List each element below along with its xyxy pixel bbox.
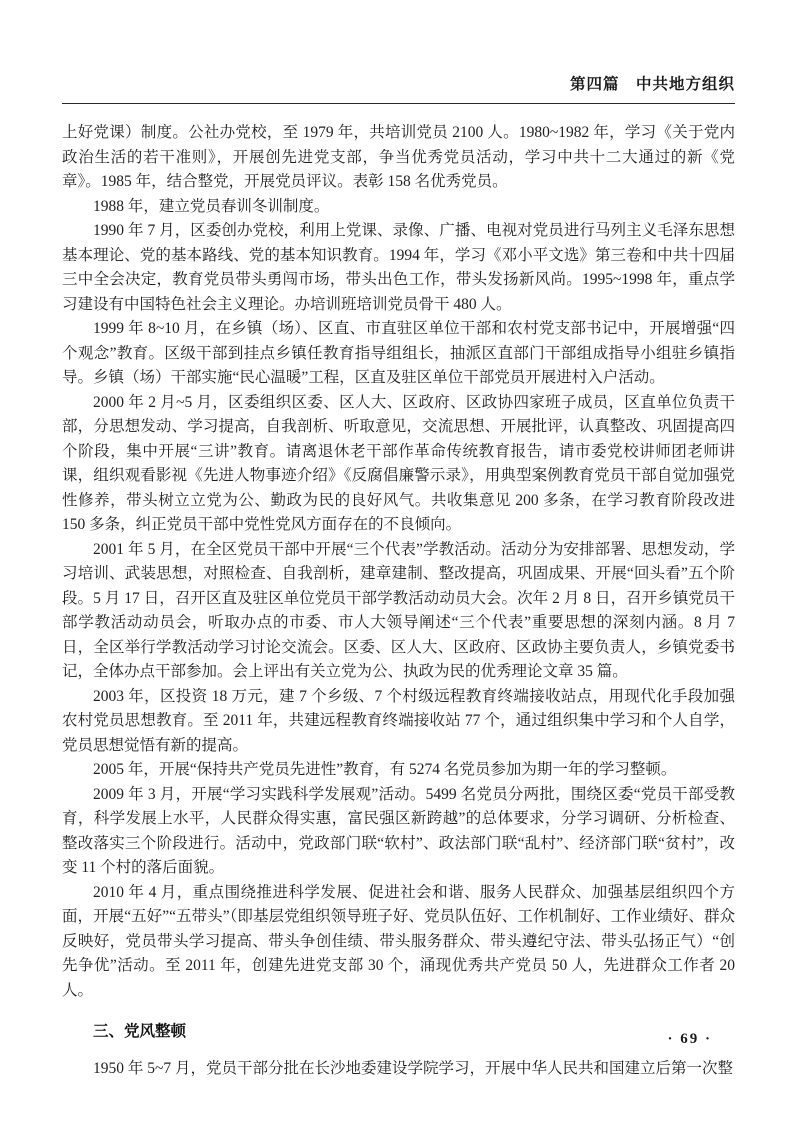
running-header-section: 第四篇 <box>570 76 620 93</box>
paragraph: 2001 年 5 月，在全区党员干部中开展“三个代表”学教活动。活动分为安排部署… <box>62 538 735 685</box>
paragraph: 2005 年，开展“保持共产党员先进性”教育，有 5274 名党员参加为期一年的… <box>62 758 735 783</box>
book-page: 第四篇 中共地方组织 上好党课）制度。公社办党校，至 1979 年，共培训党员 … <box>0 0 793 1122</box>
page-body: 上好党课）制度。公社办党校，至 1979 年，共培训党员 2100 人。1980… <box>62 121 735 1081</box>
running-header-title: 中共地方组织 <box>636 76 735 93</box>
paragraph: 2000 年 2 月~5 月，区委组织区委、区人大、区政府、区政协四家班子成员，… <box>62 391 735 538</box>
paragraph: 1999 年 8~10 月，在乡镇（场）、区直、市直驻区单位干部和农村党支部书记… <box>62 317 735 391</box>
page-number: · 69 · <box>62 1031 712 1048</box>
paragraph-continued-next-page: 1950 年 5~7 月，党员干部分批在长沙地委建设学院学习，开展中华人民共和国… <box>62 1057 735 1082</box>
paragraph: 2010 年 4 月，重点围绕推进科学发展、促进社会和谐、服务人民群众、加强基层… <box>62 881 735 1004</box>
paragraph: 1988 年，建立党员春训冬训制度。 <box>62 195 735 220</box>
paragraph: 2003 年，区投资 18 万元，建 7 个乡级、7 个村级远程教育终端接收站点… <box>62 685 735 759</box>
running-header: 第四篇 中共地方组织 <box>62 76 735 104</box>
paragraph: 2009 年 3 月，开展“学习实践科学发展观”活动。5499 名党员分两批，围… <box>62 783 735 881</box>
paragraph: 上好党课）制度。公社办党校，至 1979 年，共培训党员 2100 人。1980… <box>62 121 735 195</box>
paragraph: 1990 年 7 月，区委创办党校，利用上党课、录像、广播、电视对党员进行马列主… <box>62 219 735 317</box>
